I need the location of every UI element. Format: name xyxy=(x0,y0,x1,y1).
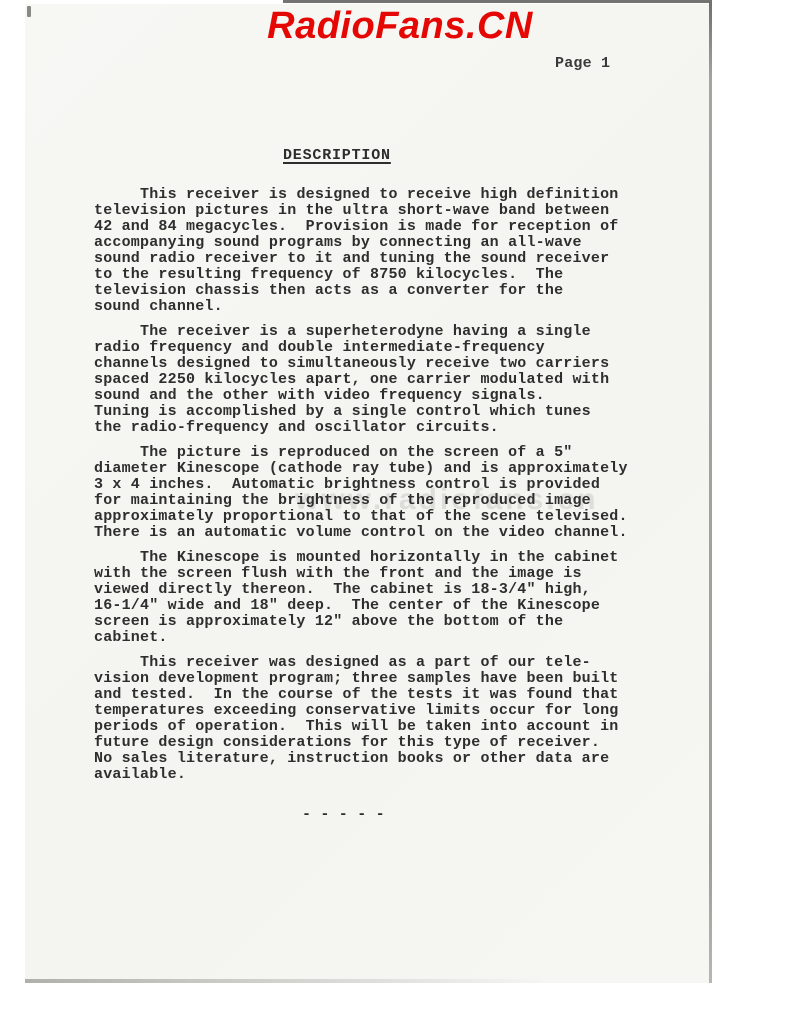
scan-artifact-bottom-edge xyxy=(25,979,545,983)
page-number: Page 1 xyxy=(555,55,610,72)
scan-artifact-right-edge xyxy=(709,2,712,983)
paragraph-kinescope-picture: The picture is reproduced on the screen … xyxy=(94,445,639,541)
document-body: This receiver is designed to receive hig… xyxy=(94,187,639,792)
radiofans-logo-watermark: RadioFans.CN xyxy=(0,5,800,48)
separator-dashes: - - - - - xyxy=(302,806,385,823)
paragraph-superheterodyne: The receiver is a superheterodyne having… xyxy=(94,324,639,436)
screenshot-root: RadioFans.CN Page 1 DESCRIPTION www.radi… xyxy=(0,0,800,1036)
paragraph-development: This receiver was designed as a part of … xyxy=(94,655,639,783)
paragraph-intro: This receiver is designed to receive hig… xyxy=(94,187,639,315)
scan-artifact-top-edge xyxy=(283,0,712,3)
paragraph-cabinet: The Kinescope is mounted horizontally in… xyxy=(94,550,639,646)
document-heading: DESCRIPTION xyxy=(283,147,391,164)
